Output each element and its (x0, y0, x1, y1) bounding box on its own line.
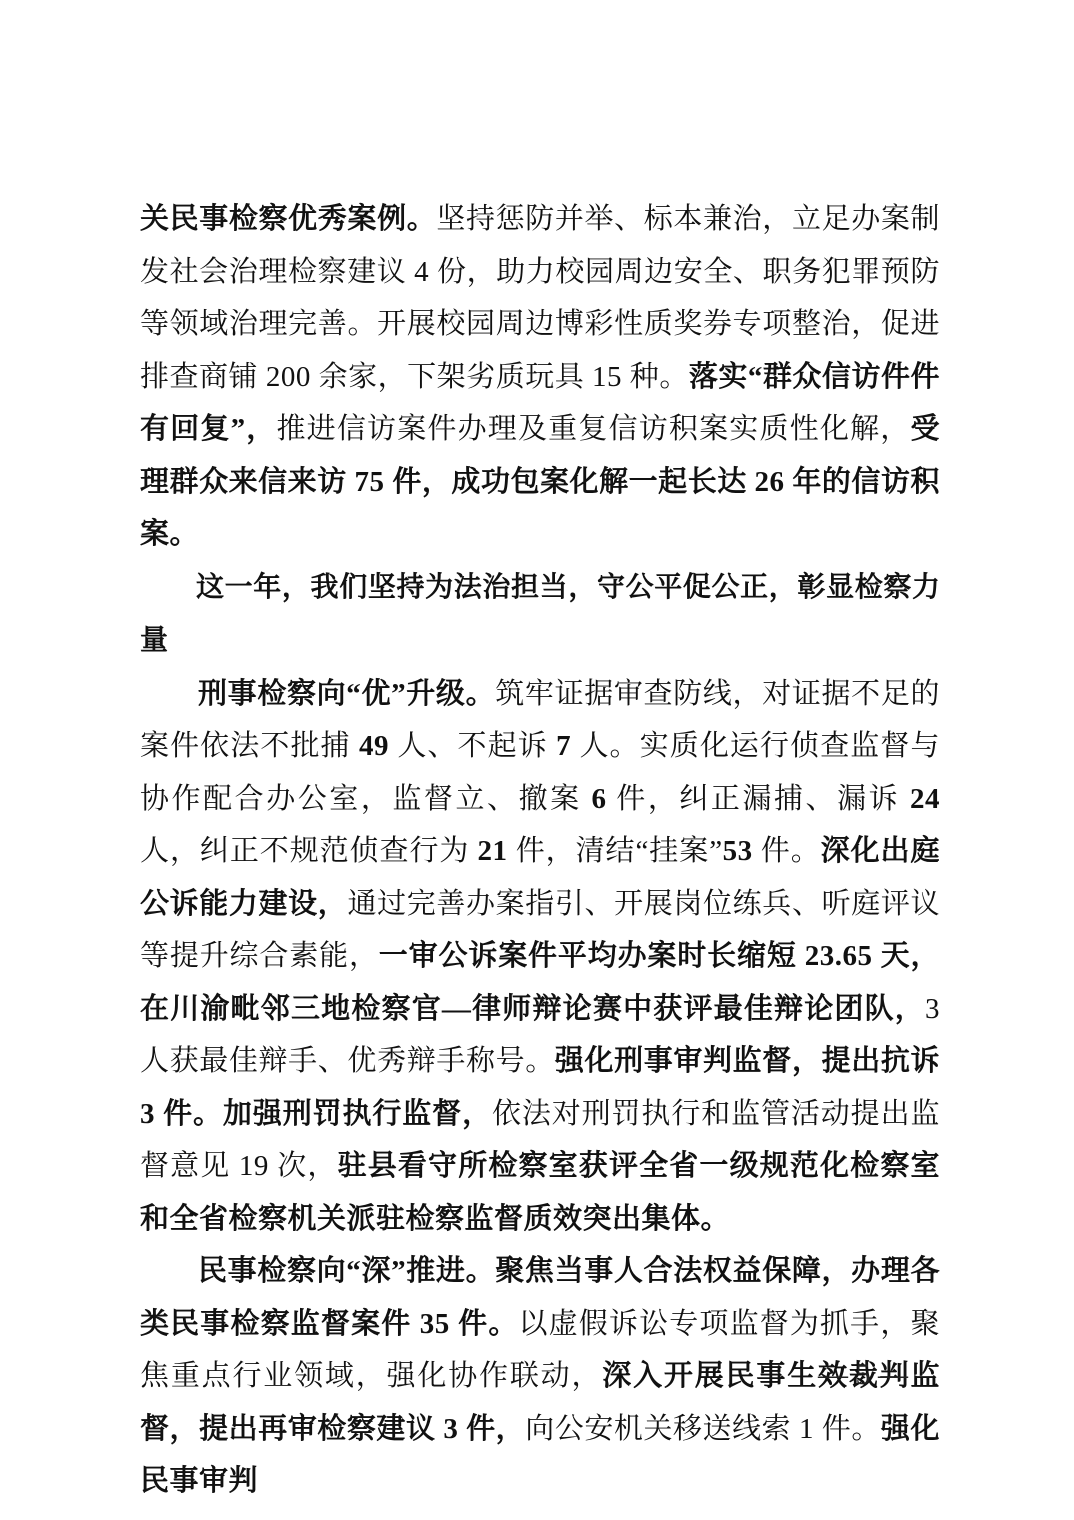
text-segment-bold-number: 24 (910, 783, 940, 815)
text-segment-bold-number: 6 (591, 783, 606, 815)
document-page: 关民事检察优秀案例。坚持惩防并举、标本兼治，立足办案制发社会治理检察建议 4 份… (0, 0, 1074, 1520)
text-segment-regular: 人、不起诉 (389, 730, 556, 762)
text-segment-bold-number: 7 (556, 730, 571, 762)
page-body-text: 关民事检察优秀案例。坚持惩防并举、标本兼治，立足办案制发社会治理检察建议 4 份… (140, 193, 940, 1508)
text-segment-regular: 件。 (753, 835, 821, 867)
page-number: — 5 — (798, 1358, 928, 1392)
text-segment-bold: 关民事检察优秀案例。 (140, 203, 436, 235)
text-segment-regular: 向公安机关移送线索 1 件。 (525, 1413, 881, 1445)
text-segment-regular: 人，纠正不规范侦查行为 (140, 835, 478, 867)
section-heading: 这一年，我们坚持为法治担当，守公平促公正，彰显检察力量 (140, 561, 940, 668)
text-segment-bold: 刑事检察向“优”升级。 (198, 678, 495, 710)
text-segment-regular: 件，清结“挂案” (508, 835, 723, 867)
text-segment-heading: 这一年，我们坚持为法治担当，守公平促公正，彰显检察力量 (140, 571, 940, 656)
text-segment-regular: 件，纠正漏捕、漏诉 (606, 783, 910, 815)
body-paragraph: 关民事检察优秀案例。坚持惩防并举、标本兼治，立足办案制发社会治理检察建议 4 份… (140, 193, 940, 561)
text-segment-bold-number: 53 (723, 835, 753, 867)
text-segment-bold-number: 49 (359, 730, 389, 762)
text-segment-bold-number: 21 (478, 835, 508, 867)
body-paragraph: 刑事检察向“优”升级。筑牢证据审查防线，对证据不足的案件依法不批捕 49 人、不… (140, 668, 940, 1246)
text-segment-regular: 推进信访案件办理及重复信访积案实质性化解， (276, 413, 910, 445)
